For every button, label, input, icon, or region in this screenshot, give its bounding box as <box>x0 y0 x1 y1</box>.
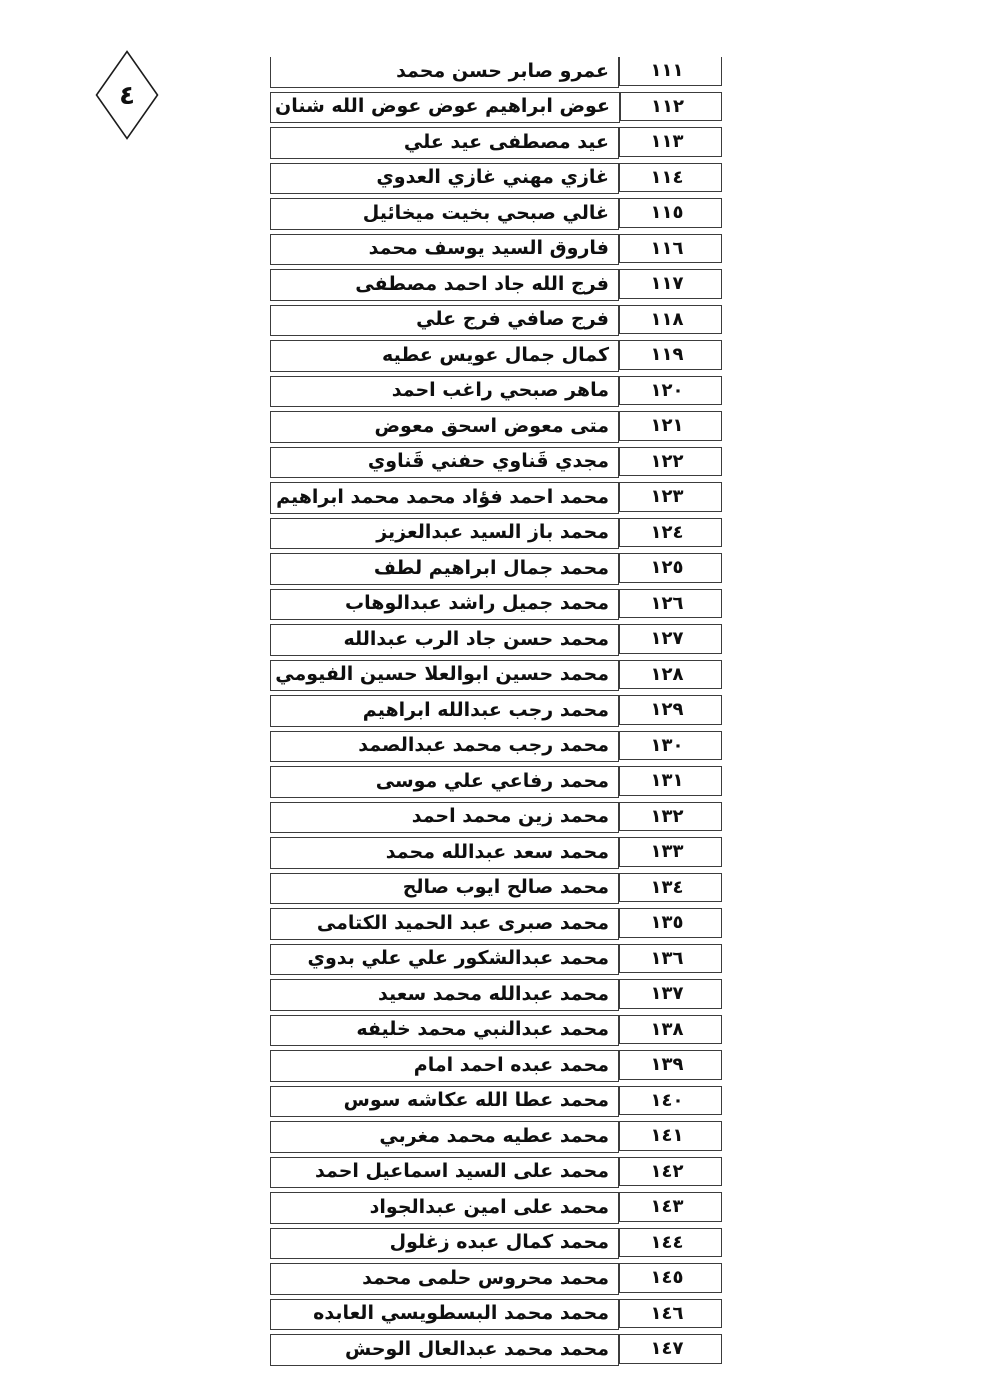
table-row: ١٢٨ محمد حسين ابوالعلا حسين الفيومي <box>270 660 722 692</box>
name-cell: محمد رجب محمد عبدالصمد <box>270 731 619 763</box>
table-row: ١١٢ عوض ابراهيم عوض عوض الله شنان <box>270 92 722 124</box>
name-cell: فرج صافي فرج علي <box>270 305 619 337</box>
name-cell: فرج الله جاد احمد مصطفى <box>270 269 619 301</box>
table-row: ١٣٦ محمد عبدالشكور علي علي بدوي <box>270 944 722 976</box>
name-cell: محمد احمد فؤاد محمد محمد ابراهيم <box>270 482 619 514</box>
serial-number-cell: ١٤٦ <box>619 1299 722 1329</box>
document-page: ٤ ١١١ عمرو صابر حسن محمد ١١٢ عوض ابراهيم… <box>0 0 990 1400</box>
name-cell: محمد حسن جاد الرب عبدالله <box>270 624 619 656</box>
serial-number-cell: ١١٤ <box>619 163 722 193</box>
serial-number-cell: ١٢٠ <box>619 376 722 406</box>
name-cell: عوض ابراهيم عوض عوض الله شنان <box>270 92 620 124</box>
serial-number-cell: ١١٥ <box>619 198 722 228</box>
serial-number-cell: ١١٩ <box>619 340 722 370</box>
table-row: ١٤٥ محمد محروس حلمى محمد <box>270 1263 722 1295</box>
serial-number-cell: ١٣٢ <box>619 802 722 832</box>
name-cell: محمد على السيد اسماعيل احمد <box>270 1157 619 1189</box>
table-row: ١٤٧ محمد محمد عبدالعال الوحش <box>270 1334 722 1366</box>
name-cell: محمد جمال ابراهيم لطف <box>270 553 619 585</box>
table-row: ١٣٧ محمد عبدالله محمد سعيد <box>270 979 722 1011</box>
table-row: ١٤٦ محمد محمد البسطويسي العابده <box>270 1299 722 1331</box>
serial-number-cell: ١١٢ <box>620 92 722 122</box>
name-cell: فاروق السيد يوسف محمد <box>270 234 619 266</box>
name-cell: عيد مصطفى عيد علي <box>270 127 619 159</box>
name-cell: محمد سعد عبدالله محمد <box>270 837 619 869</box>
table-row: ١٤٣ محمد على امين عبدالجواد <box>270 1192 722 1224</box>
name-cell: محمد محمد البسطويسي العابده <box>270 1299 619 1331</box>
table-row: ١٣٩ محمد عبده احمد امام <box>270 1050 722 1082</box>
name-cell: محمد صالح ايوب صالح <box>270 873 619 905</box>
table-row: ١١٦ فاروق السيد يوسف محمد <box>270 234 722 266</box>
table-row: ١٤١ محمد عطيه محمد مغربي <box>270 1121 722 1153</box>
table-row: ١٣٣ محمد سعد عبدالله محمد <box>270 837 722 869</box>
name-cell: محمد زين محمد احمد <box>270 802 619 834</box>
serial-number-cell: ١٢٤ <box>619 518 722 548</box>
name-cell: محمد عبده احمد امام <box>270 1050 619 1082</box>
table-row: ١١٧ فرج الله جاد احمد مصطفى <box>270 269 722 301</box>
name-cell: محمد عطا الله عكاشه سوس <box>270 1086 619 1118</box>
serial-number-cell: ١٤٢ <box>619 1157 722 1187</box>
serial-number-cell: ١٢٣ <box>619 482 722 512</box>
serial-number-cell: ١٤٣ <box>619 1192 722 1222</box>
table-row: ١٣٥ محمد صبرى عبد الحميد الكتامى <box>270 908 722 940</box>
table-row: ١٤٠ محمد عطا الله عكاشه سوس <box>270 1086 722 1118</box>
table-row: ١١٤ غازي مهني غازي العدوي <box>270 163 722 195</box>
name-cell: محمد على امين عبدالجواد <box>270 1192 619 1224</box>
serial-number-cell: ١٣٣ <box>619 837 722 867</box>
name-cell: محمد حسين ابوالعلا حسين الفيومي <box>270 660 619 692</box>
name-cell: محمد عبدالشكور علي علي بدوي <box>270 944 619 976</box>
table-row: ١١٩ كمال جمال عويس عطيه <box>270 340 722 372</box>
name-cell: محمد باز السيد عبدالعزيز <box>270 518 619 550</box>
name-cell: محمد رجب عبدالله ابراهيم <box>270 695 619 727</box>
serial-number-cell: ١٣٠ <box>619 731 722 761</box>
serial-number-cell: ١٢٩ <box>619 695 722 725</box>
table-row: ١٢٥ محمد جمال ابراهيم لطف <box>270 553 722 585</box>
serial-number-cell: ١٤٧ <box>619 1334 722 1364</box>
table-row: ١٣٠ محمد رجب محمد عبدالصمد <box>270 731 722 763</box>
table-row: ١١٣ عيد مصطفى عيد علي <box>270 127 722 159</box>
serial-number-cell: ١٣١ <box>619 766 722 796</box>
table-row: ١٢٢ مجدي قَناوي حفني قَناوي <box>270 447 722 479</box>
serial-number-cell: ١١١ <box>619 57 722 86</box>
table-row: ١٤٤ محمد كمال عبده زغلول <box>270 1228 722 1260</box>
serial-number-cell: ١٤٠ <box>619 1086 722 1116</box>
name-cell: كمال جمال عويس عطيه <box>270 340 619 372</box>
name-cell: محمد جميل راشد عبدالوهاب <box>270 589 619 621</box>
name-cell: غازي مهني غازي العدوي <box>270 163 619 195</box>
table-row: ١٢٣ محمد احمد فؤاد محمد محمد ابراهيم <box>270 482 722 514</box>
table-row: ١١١ عمرو صابر حسن محمد <box>270 57 722 88</box>
table-row: ١٣٨ محمد عبدالنبي محمد خليفه <box>270 1015 722 1047</box>
serial-number-cell: ١١٦ <box>619 234 722 264</box>
table-row: ١٢٤ محمد باز السيد عبدالعزيز <box>270 518 722 550</box>
serial-number-cell: ١٣٥ <box>619 908 722 938</box>
serial-number-cell: ١٣٨ <box>619 1015 722 1045</box>
name-cell: ماهر صبحي راغب احمد <box>270 376 619 408</box>
table-row: ١٣٢ محمد زين محمد احمد <box>270 802 722 834</box>
name-cell: محمد رفاعي علي موسى <box>270 766 619 798</box>
name-cell: مجدي قَناوي حفني قَناوي <box>270 447 619 479</box>
table-row: ١٣٤ محمد صالح ايوب صالح <box>270 873 722 905</box>
table-row: ١٢٦ محمد جميل راشد عبدالوهاب <box>270 589 722 621</box>
table-row: ١٢٠ ماهر صبحي راغب احمد <box>270 376 722 408</box>
serial-number-cell: ١١٧ <box>619 269 722 299</box>
serial-number-cell: ١٣٤ <box>619 873 722 903</box>
name-cell: محمد عبدالنبي محمد خليفه <box>270 1015 619 1047</box>
serial-number-cell: ١٤٤ <box>619 1228 722 1258</box>
table-row: ١١٨ فرج صافي فرج علي <box>270 305 722 337</box>
names-table: ١١١ عمرو صابر حسن محمد ١١٢ عوض ابراهيم ع… <box>270 57 722 1370</box>
table-row: ١٣١ محمد رفاعي علي موسى <box>270 766 722 798</box>
page-number-badge: ٤ <box>95 50 159 140</box>
serial-number-cell: ١٤٥ <box>619 1263 722 1293</box>
table-row: ١٤٢ محمد على السيد اسماعيل احمد <box>270 1157 722 1189</box>
table-row: ١٢١ متى معوض اسحق معوض <box>270 411 722 443</box>
page-number: ٤ <box>95 50 159 140</box>
serial-number-cell: ١٤١ <box>619 1121 722 1151</box>
serial-number-cell: ١٢٨ <box>619 660 722 690</box>
serial-number-cell: ١٢٢ <box>619 447 722 477</box>
serial-number-cell: ١٣٩ <box>619 1050 722 1080</box>
table-row: ١٢٩ محمد رجب عبدالله ابراهيم <box>270 695 722 727</box>
serial-number-cell: ١٣٧ <box>619 979 722 1009</box>
name-cell: محمد عبدالله محمد سعيد <box>270 979 619 1011</box>
serial-number-cell: ١٢٦ <box>619 589 722 619</box>
name-cell: محمد صبرى عبد الحميد الكتامى <box>270 908 619 940</box>
name-cell: غالي صبحي بخيت ميخائيل <box>270 198 619 230</box>
table-row: ١١٥ غالي صبحي بخيت ميخائيل <box>270 198 722 230</box>
serial-number-cell: ١٣٦ <box>619 944 722 974</box>
name-cell: محمد محمد عبدالعال الوحش <box>270 1334 619 1366</box>
table-row: ١٢٧ محمد حسن جاد الرب عبدالله <box>270 624 722 656</box>
name-cell: متى معوض اسحق معوض <box>270 411 619 443</box>
name-cell: محمد محروس حلمى محمد <box>270 1263 619 1295</box>
serial-number-cell: ١٢١ <box>619 411 722 441</box>
serial-number-cell: ١٢٧ <box>619 624 722 654</box>
name-cell: محمد عطيه محمد مغربي <box>270 1121 619 1153</box>
serial-number-cell: ١١٣ <box>619 127 722 157</box>
name-cell: محمد كمال عبده زغلول <box>270 1228 619 1260</box>
serial-number-cell: ١٢٥ <box>619 553 722 583</box>
name-cell: عمرو صابر حسن محمد <box>270 57 619 88</box>
serial-number-cell: ١١٨ <box>619 305 722 335</box>
